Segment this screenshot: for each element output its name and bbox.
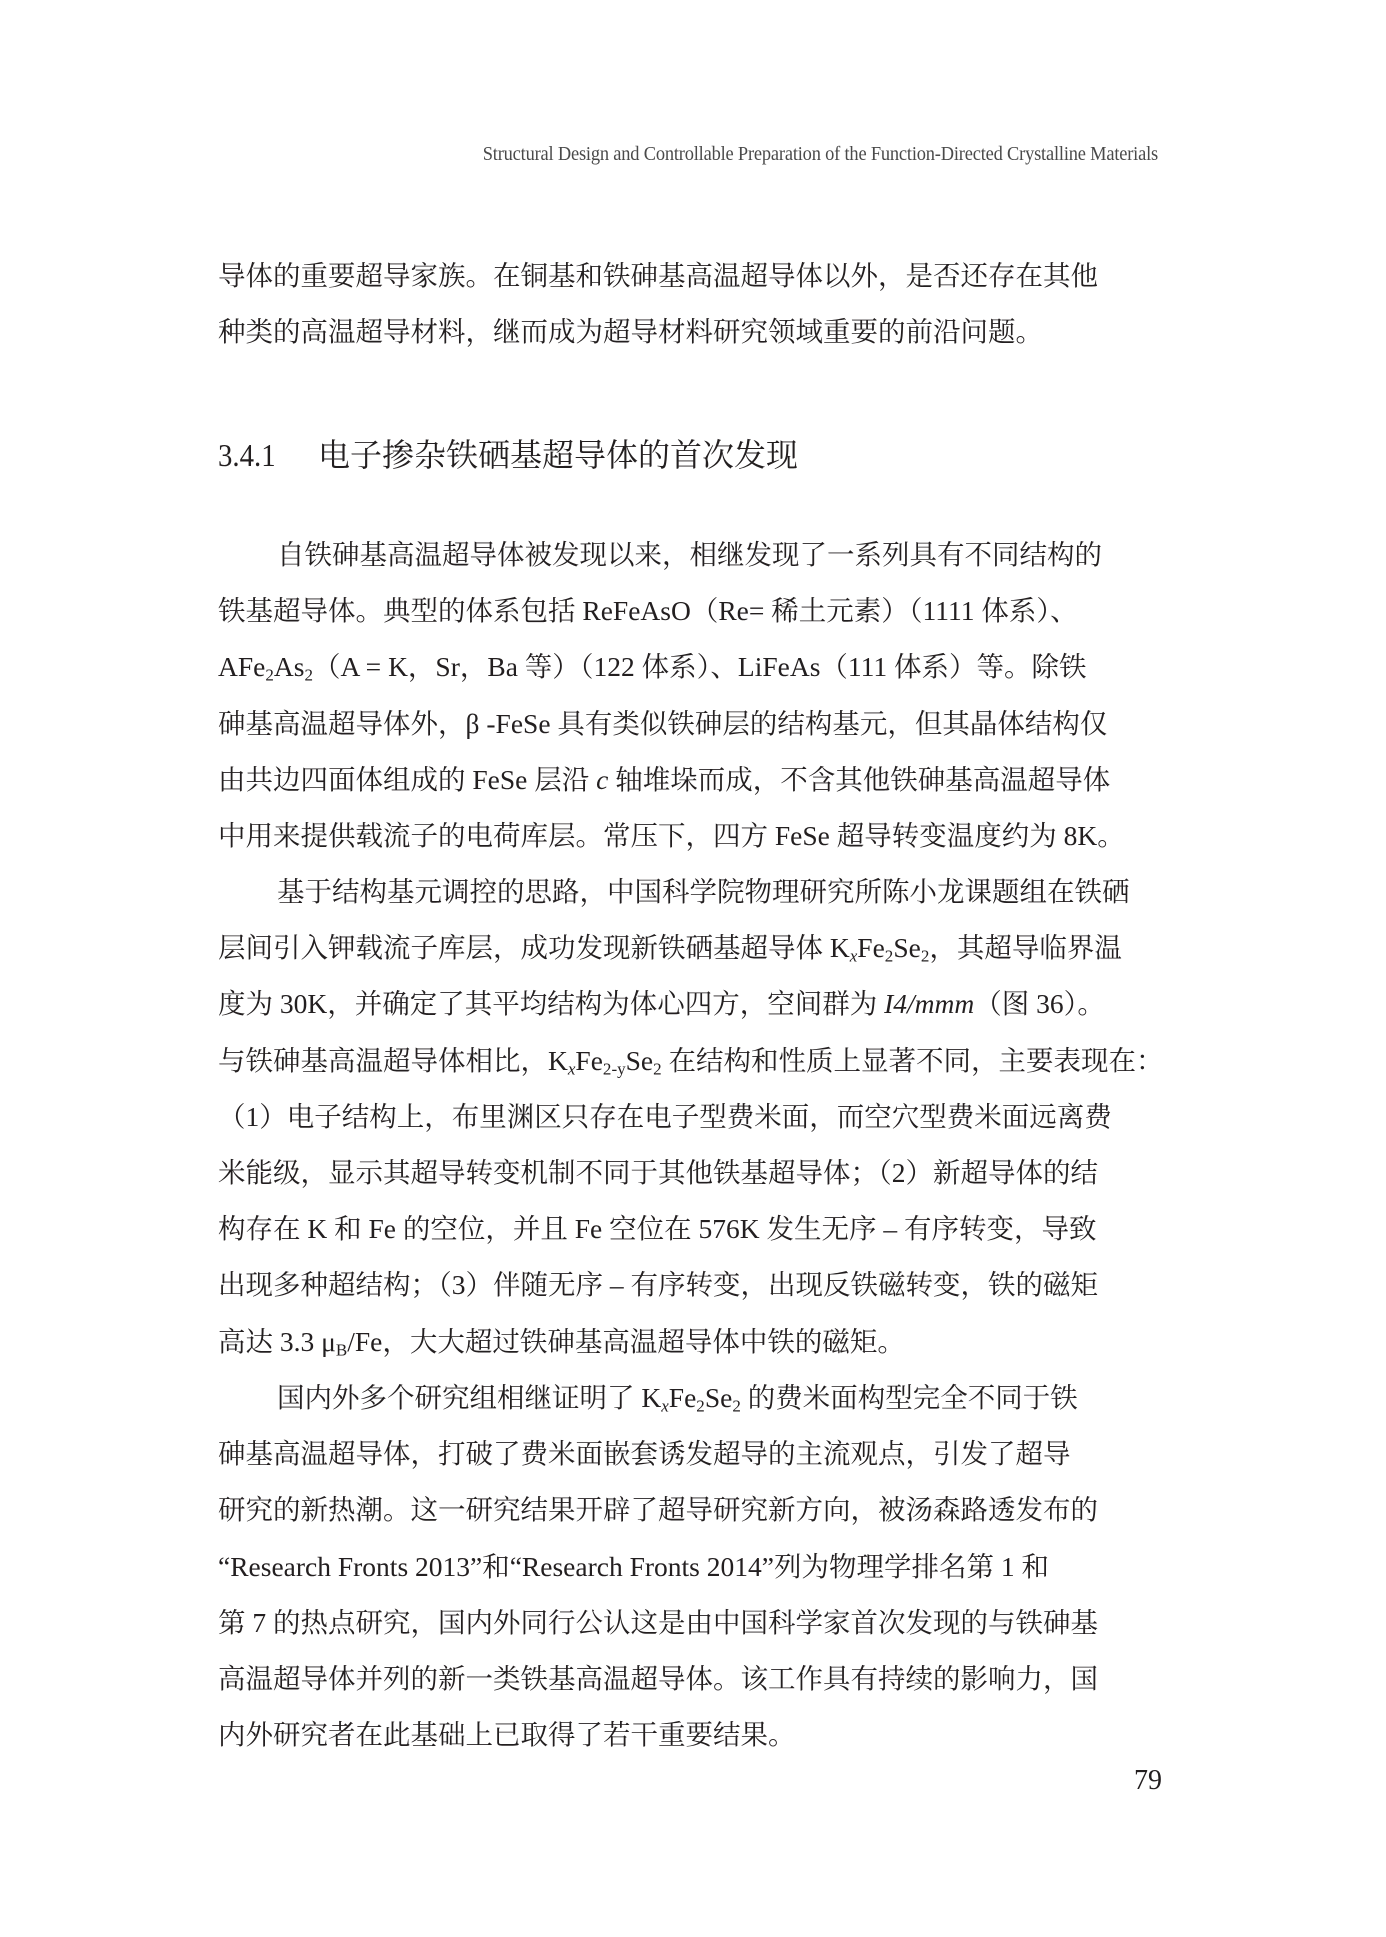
text-line: 出现多种超结构；（3）伴随无序 – 有序转变，出现反铁磁转变，铁的磁矩	[218, 1257, 1162, 1313]
paragraph-3: 国内外多个研究组相继证明了 KxFe2Se2 的费米面构型完全不同于铁 砷基高温…	[218, 1370, 1162, 1763]
running-header: Structural Design and Controllable Prepa…	[387, 143, 1158, 166]
text-line: 高达 3.3 μB/Fe，大大超过铁砷基高温超导体中铁的磁矩。	[218, 1314, 1162, 1370]
text-line: 构存在 K 和 Fe 的空位，并且 Fe 空位在 576K 发生无序 – 有序转…	[218, 1201, 1162, 1257]
text-line: 第 7 的热点研究，国内外同行公认这是由中国科学家首次发现的与铁砷基	[218, 1595, 1162, 1651]
text-line: 与铁砷基高温超导体相比，KxFe2-ySe2 在结构和性质上显著不同，主要表现在…	[218, 1033, 1162, 1089]
text-line: 国内外多个研究组相继证明了 KxFe2Se2 的费米面构型完全不同于铁	[218, 1370, 1162, 1426]
text-line: 基于结构基元调控的思路，中国科学院物理研究所陈小龙课题组在铁硒	[218, 864, 1162, 920]
paragraph-1: 自铁砷基高温超导体被发现以来，相继发现了一系列具有不同结构的 铁基超导体。典型的…	[218, 527, 1162, 864]
section-title: 电子掺杂铁硒基超导体的首次发现	[318, 437, 798, 473]
text-line: 种类的高温超导材料，继而成为超导材料研究领域重要的前沿问题。	[218, 304, 1162, 360]
intro-paragraph: 导体的重要超导家族。在铜基和铁砷基高温超导体以外，是否还存在其他 种类的高温超导…	[218, 248, 1162, 360]
text-line: 度为 30K，并确定了其平均结构为体心四方，空间群为 I4/mmm（图 36）。	[218, 976, 1162, 1032]
text-line: （1）电子结构上，布里渊区只存在电子型费米面，而空穴型费米面远离费	[218, 1089, 1162, 1145]
section-number: 3.4.1	[218, 437, 276, 474]
text-line: 自铁砷基高温超导体被发现以来，相继发现了一系列具有不同结构的	[218, 527, 1162, 583]
text-line: 由共边四面体组成的 FeSe 层沿 c 轴堆垛而成，不含其他铁砷基高温超导体	[218, 752, 1162, 808]
text-line: 研究的新热潮。这一研究结果开辟了超导研究新方向，被汤森路透发布的	[218, 1482, 1162, 1538]
section-heading: 3.4.1电子掺杂铁硒基超导体的首次发现	[218, 430, 798, 476]
text-line: 铁基超导体。典型的体系包括 ReFeAsO（Re= 稀土元素）（1111 体系）…	[218, 583, 1162, 639]
text-line: 层间引入钾载流子库层，成功发现新铁硒基超导体 KxFe2Se2，其超导临界温	[218, 920, 1162, 976]
text-line: “Research Fronts 2013”和“Research Fronts …	[218, 1539, 1162, 1595]
text-line: 中用来提供载流子的电荷库层。常压下，四方 FeSe 超导转变温度约为 8K。	[218, 808, 1162, 864]
text-line: 内外研究者在此基础上已取得了若干重要结果。	[218, 1707, 1162, 1763]
text-line: AFe2As2（A = K，Sr，Ba 等）（122 体系）、LiFeAs（11…	[218, 639, 1162, 695]
page-number: 79	[1120, 1765, 1162, 1797]
text-line: 米能级，显示其超导转变机制不同于其他铁基超导体；（2）新超导体的结	[218, 1145, 1162, 1201]
text-line: 高温超导体并列的新一类铁基高温超导体。该工作具有持续的影响力，国	[218, 1651, 1162, 1707]
paragraph-2: 基于结构基元调控的思路，中国科学院物理研究所陈小龙课题组在铁硒 层间引入钾载流子…	[218, 864, 1162, 1370]
text-line: 砷基高温超导体，打破了费米面嵌套诱发超导的主流观点，引发了超导	[218, 1426, 1162, 1482]
text-line: 砷基高温超导体外，β -FeSe 具有类似铁砷层的结构基元，但其晶体结构仅	[218, 696, 1162, 752]
text-line: 导体的重要超导家族。在铜基和铁砷基高温超导体以外，是否还存在其他	[218, 248, 1162, 304]
